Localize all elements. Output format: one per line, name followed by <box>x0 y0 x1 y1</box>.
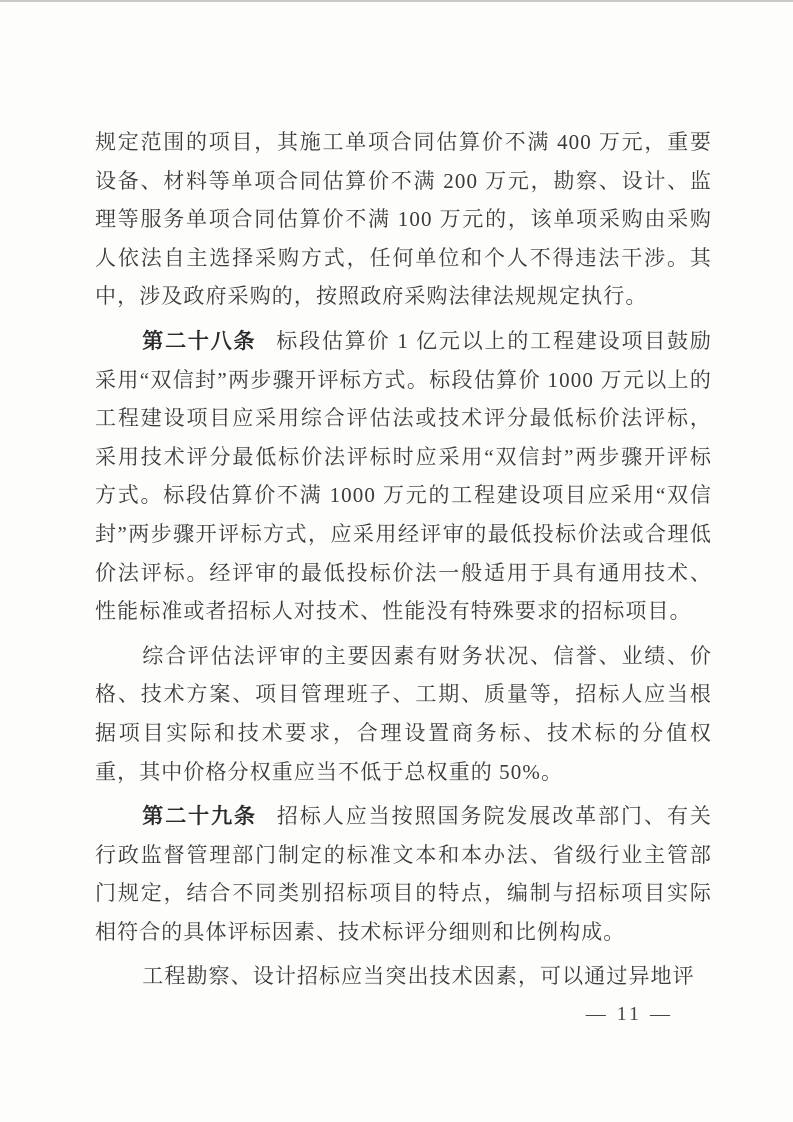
document-page: 规定范围的项目，其施工单项合同估算价不满 400 万元，重要设备、材料等单项合同… <box>0 0 793 1122</box>
paragraph-text: 规定范围的项目，其施工单项合同估算价不满 400 万元，重要设备、材料等单项合同… <box>95 130 712 308</box>
paragraph-survey-design: 工程勘察、设计招标应当突出技术因素，可以通过异地评 <box>95 957 712 996</box>
paragraph-article-28: 第二十八条标段估算价 1 亿元以上的工程建设项目鼓励采用“双信封”两步骤开评标方… <box>95 322 712 631</box>
article-29-label: 第二十九条 <box>142 804 257 828</box>
article-28-label: 第二十八条 <box>142 329 256 353</box>
paragraph-text: 综合评估法评审的主要因素有财务状况、信誉、业绩、价格、技术方案、项目管理班子、工… <box>95 644 712 784</box>
paragraph-evaluation-factors: 综合评估法评审的主要因素有财务状况、信誉、业绩、价格、技术方案、项目管理班子、工… <box>95 637 712 791</box>
page-number: — 11 — <box>586 1003 673 1026</box>
paragraph-article-29: 第二十九条招标人应当按照国务院发展改革部门、有关行政监督管理部门制定的标准文本和… <box>95 797 712 951</box>
document-body: 规定范围的项目，其施工单项合同估算价不满 400 万元，重要设备、材料等单项合同… <box>95 123 712 996</box>
paragraph-text: 标段估算价 1 亿元以上的工程建设项目鼓励采用“双信封”两步骤开评标方式。标段估… <box>95 329 712 623</box>
paragraph-text: 工程勘察、设计招标应当突出技术因素，可以通过异地评 <box>142 964 695 988</box>
paragraph-continuation: 规定范围的项目，其施工单项合同估算价不满 400 万元，重要设备、材料等单项合同… <box>95 123 712 316</box>
